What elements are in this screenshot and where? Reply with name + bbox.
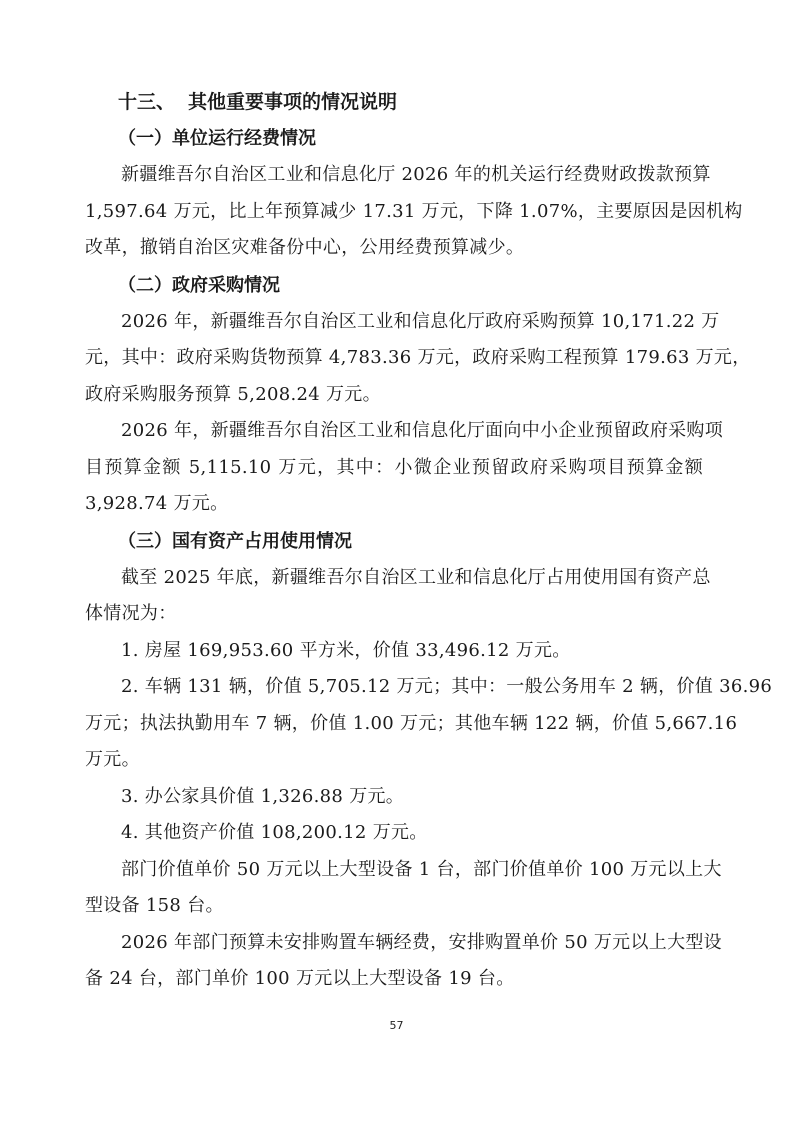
text-line: 3,928.74 万元。 [85, 486, 703, 523]
text-line: 4. 其他资产价值 108,200.12 万元。 [85, 815, 703, 852]
paragraph-sme-procurement: 2026 年，新疆维吾尔自治区工业和信息化厅面向中小企业预留政府采购项 目预算金… [85, 413, 703, 523]
subsection-heading-state-assets: （三）国有资产占用使用情况 [85, 524, 703, 560]
list-item-buildings: 1. 房屋 169,953.60 平方米，价值 33,496.12 万元。 [85, 633, 703, 670]
text-line: 目预算金额 5,115.10 万元，其中：小微企业预留政府采购项目预算金额 [85, 450, 703, 487]
text-line: 体情况为： [85, 596, 703, 633]
subsection-heading-government-procurement: （二）政府采购情况 [85, 268, 703, 304]
text-line: 元，其中：政府采购货物预算 4,783.36 万元，政府采购工程预算 179.6… [85, 340, 703, 377]
paragraph-purchase-plan: 2026 年部门预算未安排购置车辆经费，安排购置单价 50 万元以上大型设 备 … [85, 925, 703, 998]
text-line: 部门价值单价 50 万元以上大型设备 1 台，部门价值单价 100 万元以上大 [85, 852, 703, 889]
text-line: 2. 车辆 131 辆，价值 5,705.12 万元；其中：一般公务用车 2 辆… [85, 669, 703, 706]
text-line: 1. 房屋 169,953.60 平方米，价值 33,496.12 万元。 [85, 633, 703, 670]
list-item-other-assets: 4. 其他资产价值 108,200.12 万元。 [85, 815, 703, 852]
text-line: 万元。 [85, 742, 703, 779]
paragraph-procurement-budget: 2026 年，新疆维吾尔自治区工业和信息化厅政府采购预算 10,171.22 万… [85, 304, 703, 414]
page-number: 57 [0, 1019, 793, 1032]
paragraph-operating-expenses: 新疆维吾尔自治区工业和信息化厅 2026 年的机关运行经费财政拨款预算 1,59… [85, 157, 703, 267]
section-title: 其他重要事项的情况说明 [188, 91, 397, 113]
text-line: 改革，撤销自治区灾难备份中心，公用经费预算减少。 [85, 230, 703, 267]
text-line: 新疆维吾尔自治区工业和信息化厅 2026 年的机关运行经费财政拨款预算 [85, 157, 703, 194]
text-line: 万元；执法执勤用车 7 辆，价值 1.00 万元；其他车辆 122 辆，价值 5… [85, 706, 703, 743]
text-line: 备 24 台，部门单价 100 万元以上大型设备 19 台。 [85, 961, 703, 998]
section-heading: 十三、其他重要事项的情况说明 [85, 84, 703, 120]
paragraph-large-equipment: 部门价值单价 50 万元以上大型设备 1 台，部门价值单价 100 万元以上大 … [85, 852, 703, 925]
text-line: 2026 年，新疆维吾尔自治区工业和信息化厅面向中小企业预留政府采购项 [85, 413, 703, 450]
text-line: 截至 2025 年底，新疆维吾尔自治区工业和信息化厅占用使用国有资产总 [85, 560, 703, 597]
subsection-heading-operating-expenses: （一）单位运行经费情况 [85, 121, 703, 157]
text-line: 3. 办公家具价值 1,326.88 万元。 [85, 779, 703, 816]
paragraph-assets-intro: 截至 2025 年底，新疆维吾尔自治区工业和信息化厅占用使用国有资产总 体情况为… [85, 560, 703, 633]
text-line: 2026 年部门预算未安排购置车辆经费，安排购置单价 50 万元以上大型设 [85, 925, 703, 962]
document-page: 十三、其他重要事项的情况说明 （一）单位运行经费情况 新疆维吾尔自治区工业和信息… [85, 84, 703, 998]
list-item-vehicles: 2. 车辆 131 辆，价值 5,705.12 万元；其中：一般公务用车 2 辆… [85, 669, 703, 779]
text-line: 2026 年，新疆维吾尔自治区工业和信息化厅政府采购预算 10,171.22 万 [85, 304, 703, 341]
section-number: 十三、 [118, 84, 188, 120]
list-item-office-furniture: 3. 办公家具价值 1,326.88 万元。 [85, 779, 703, 816]
text-line: 1,597.64 万元，比上年预算减少 17.31 万元，下降 1.07%，主要… [85, 194, 703, 231]
text-line: 政府采购服务预算 5,208.24 万元。 [85, 377, 703, 414]
text-line: 型设备 158 台。 [85, 888, 703, 925]
